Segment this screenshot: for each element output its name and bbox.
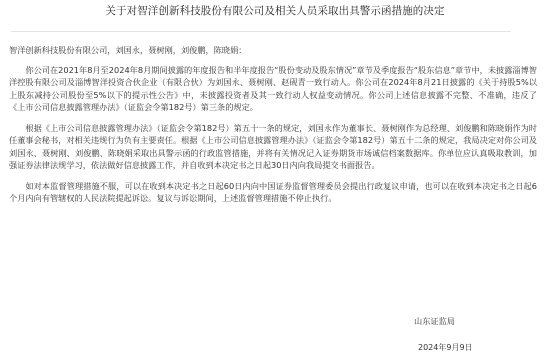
- title-divider: [11, 31, 511, 32]
- issuer-signature: 山东证监局: [414, 316, 455, 327]
- addressee: 智洋创新科技股份有限公司，刘国永，聂树刚，刘俊鹏，陈晓娟：: [9, 44, 537, 57]
- paragraph-violation: 你公司在2021年8月至2024年8月期间披露的年度报告和半年度报告“股份变动及…: [9, 64, 537, 114]
- document-body: 智洋创新科技股份有限公司，刘国永，聂树刚，刘俊鹏，陈晓娟： 你公司在2021年8…: [9, 44, 537, 213]
- paragraph-appeal: 如对本监督管理措施不服，可以在收到本决定书之日起60日内向中国证券监督管理委员会…: [9, 180, 537, 205]
- issue-date: 2024年9月9日: [418, 342, 473, 353]
- document-title: 关于对智洋创新科技股份有限公司及相关人员采取出具警示函措施的决定: [0, 0, 550, 22]
- paragraph-measures: 根据《上市公司信息披露管理办法》（证监会令第182号）第五十一条的规定，刘国永作…: [9, 122, 537, 172]
